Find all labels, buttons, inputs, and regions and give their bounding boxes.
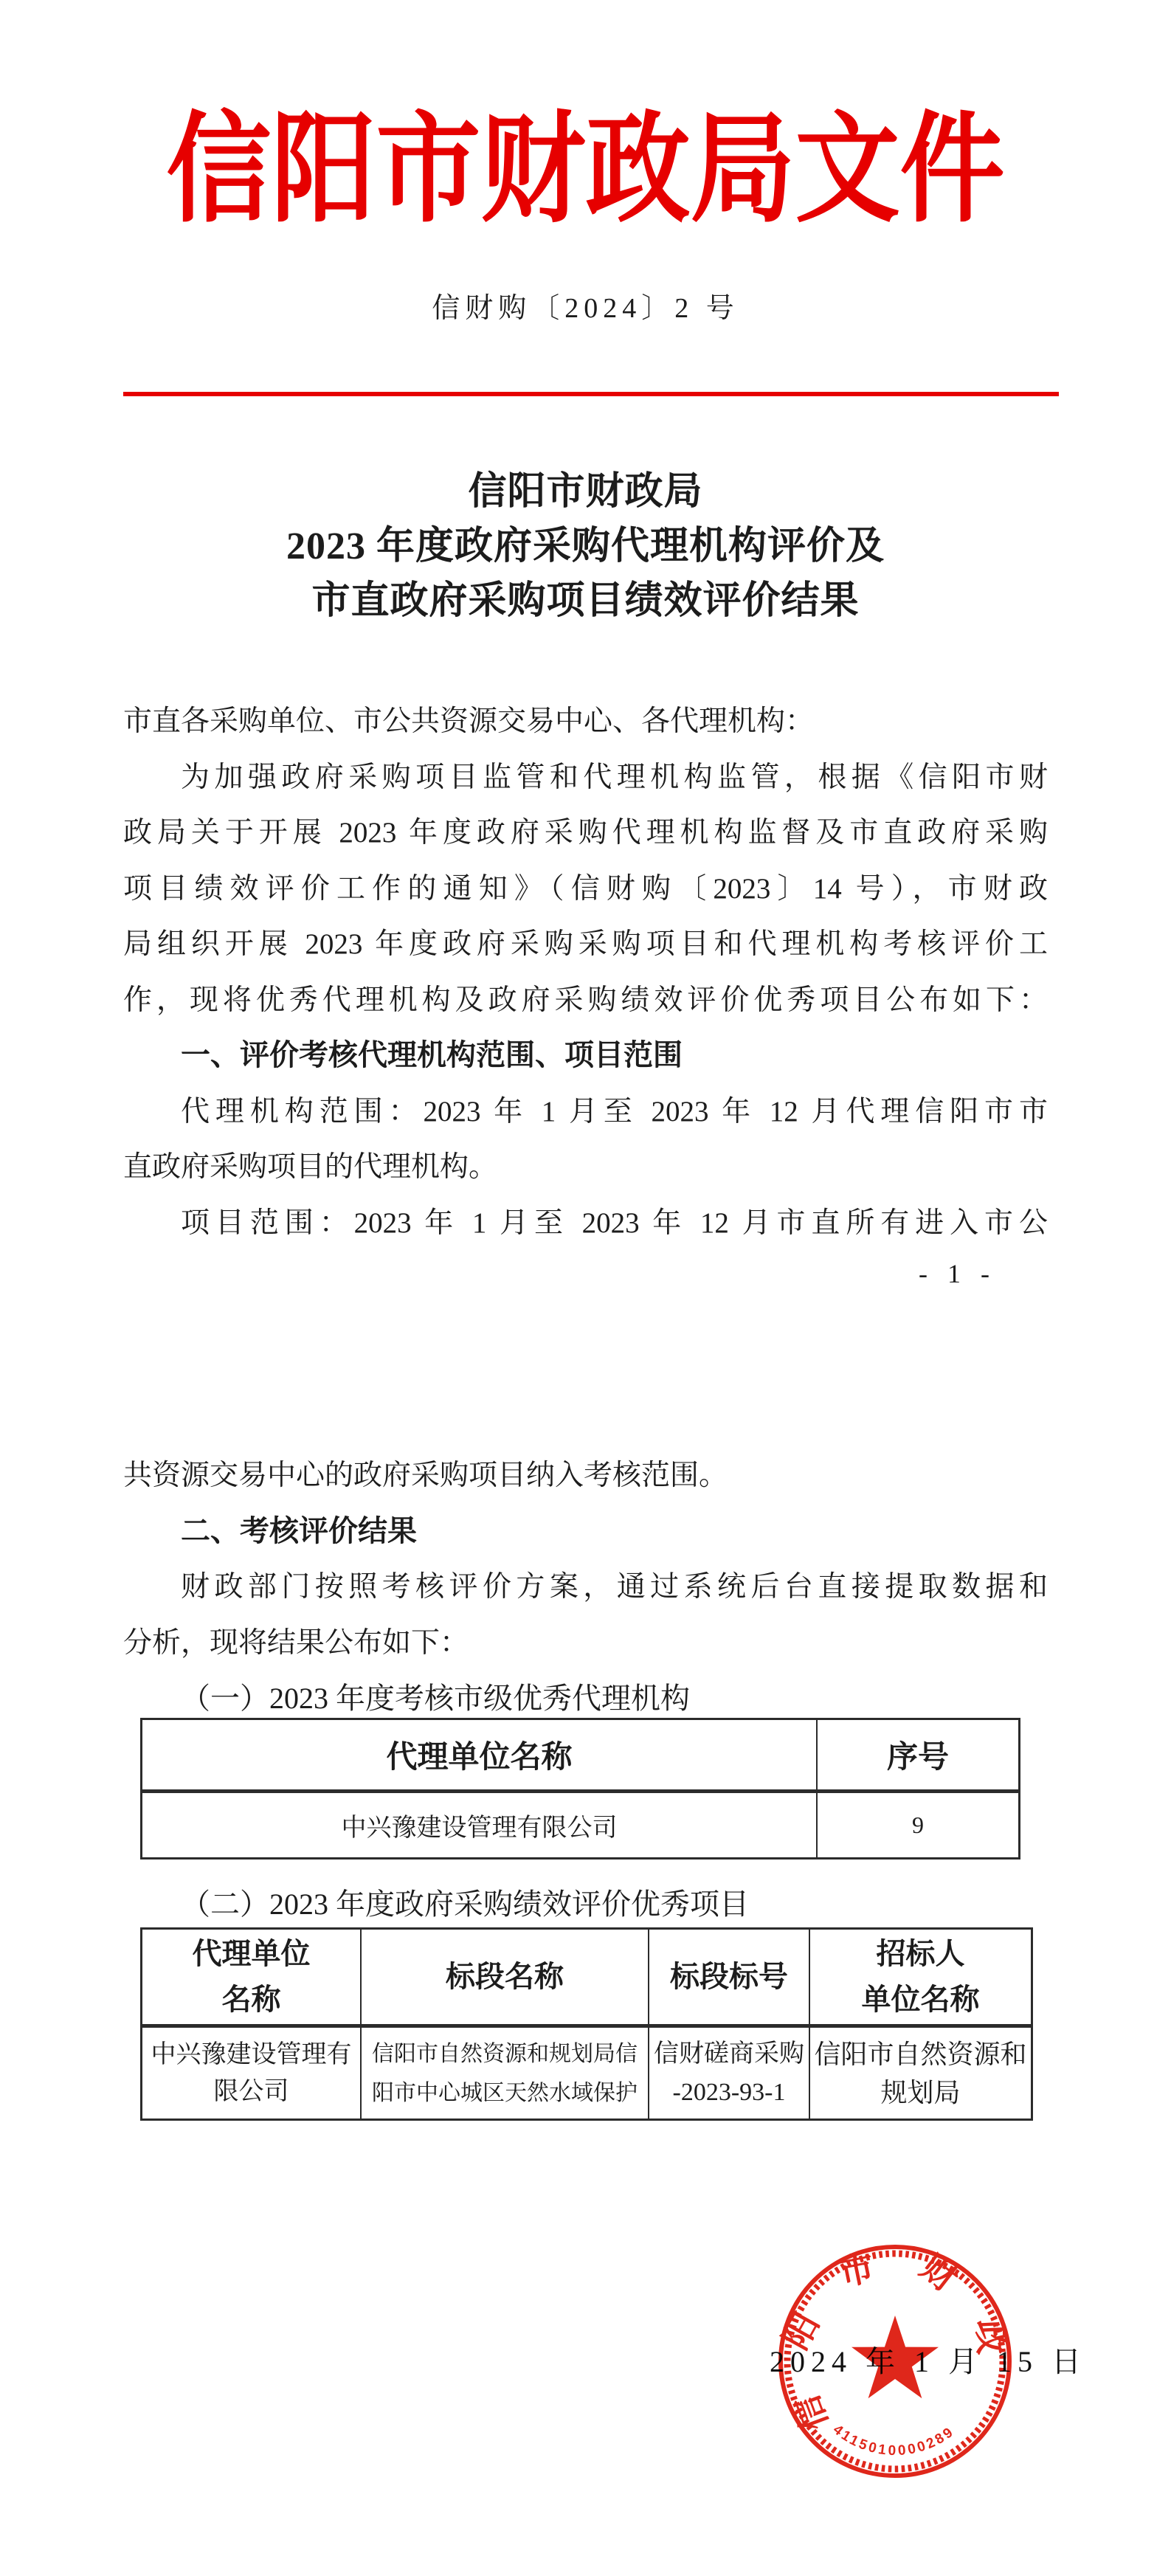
page2-body: 共资源交易中心的政府采购项目纳入考核范围。 二、考核评价结果 财政部门按照考核评… (123, 1448, 1048, 1727)
section-heading-1: 一、评价考核代理机构范围、项目范围 (123, 1028, 1048, 1084)
table2-cell-bid-section: 信阳市自然资源和规划局信 阳市中心城区天然水域保护 工程标志设施施工项目 (362, 2028, 649, 2119)
paragraph-line: 直政府采购项目的代理机构。 (123, 1139, 1048, 1195)
official-document-page: 信阳市财政局文件 信财购〔2024〕2 号 信阳市财政局 2023 年度政府采购… (0, 0, 1171, 2576)
table2-cell-tenderer: 信阳市自然资源和 规划局 (810, 2028, 1031, 2119)
document-masthead: 信阳市财政局文件 (0, 107, 1171, 250)
table1-header-agency-name: 代理单位名称 (142, 1720, 818, 1793)
paragraph-line: 作，现将优秀代理机构及政府采购绩效评价优秀项目公布如下： (123, 973, 1048, 1029)
document-title: 信阳市财政局 2023 年度政府采购代理机构评价及 市直政府采购项目绩效评价结果 (0, 465, 1171, 629)
paragraph-line: 代理机构范围：2023 年 1 月至 2023 年 12 月代理信阳市市 (123, 1084, 1048, 1140)
paragraph-line: 财政部门按照考核评价方案，通过系统后台直接提取数据和 (123, 1559, 1048, 1615)
paragraph-line: 政局关于开展 2023 年度政府采购代理机构监督及市直政府采购 (123, 805, 1048, 861)
table2-header-bid-number: 标段标号 (649, 1930, 810, 2028)
table1-header-serial: 序号 (818, 1720, 1018, 1793)
title-line-2: 2023 年度政府采购代理机构评价及 (0, 519, 1171, 574)
table2-header-agency-name: 代理单位 名称 (142, 1930, 362, 2028)
paragraph-line: 局组织开展 2023 年度政府采购采购项目和代理机构考核评价工 (123, 916, 1048, 973)
red-divider-rule (123, 392, 1059, 396)
paragraph-line: 共资源交易中心的政府采购项目纳入考核范围。 (123, 1448, 1048, 1504)
table2-cell-agency-name: 中兴豫建设管理有 限公司 (142, 2028, 362, 2119)
table1-cell-agency-name: 中兴豫建设管理有限公司 (142, 1793, 818, 1857)
seal-code-text: 4115010000289 (830, 2422, 958, 2459)
title-line-3: 市直政府采购项目绩效评价结果 (0, 574, 1171, 629)
subsection-heading-2: （二）2023 年度政府采购绩效评价优秀项目 (123, 1888, 1048, 1921)
page1-body: 市直各采购单位、市公共资源交易中心、各代理机构： 为加强政府采购项目监管和代理机… (123, 694, 1048, 1251)
paragraph-line: 为加强政府采购项目监管和代理机构监管，根据《信阳市财 (123, 750, 1048, 806)
issue-date: 2024 年 1 月 15 日 (770, 2345, 1080, 2379)
document-number: 信财购〔2024〕2 号 (0, 292, 1171, 325)
page-number: - 1 - (919, 1259, 1022, 1288)
paragraph-line: 项目范围：2023 年 1 月至 2023 年 12 月市直所有进入市公 (123, 1195, 1048, 1251)
table-excellent-projects: 代理单位 名称 标段名称 标段标号 招标人 单位名称 中兴豫建设管理有 限公司 … (140, 1927, 1033, 2121)
table2-header-tenderer: 招标人 单位名称 (810, 1930, 1031, 2028)
table2-header-bid-section: 标段名称 (362, 1930, 649, 2028)
title-line-1: 信阳市财政局 (0, 465, 1171, 519)
salutation-line: 市直各采购单位、市公共资源交易中心、各代理机构： (123, 694, 1048, 750)
paragraph-line: 项目绩效评价工作的通知》（信财购〔2023〕14 号），市财政 (123, 861, 1048, 917)
table1-cell-serial: 9 (818, 1793, 1018, 1857)
section-heading-2: 二、考核评价结果 (123, 1504, 1048, 1560)
table-excellent-agencies: 代理单位名称 序号 中兴豫建设管理有限公司 9 (140, 1718, 1020, 1860)
table2-cell-bid-number: 信财磋商采购 -2023-93-1 (649, 2028, 810, 2119)
paragraph-line: 分析，现将结果公布如下： (123, 1615, 1048, 1671)
